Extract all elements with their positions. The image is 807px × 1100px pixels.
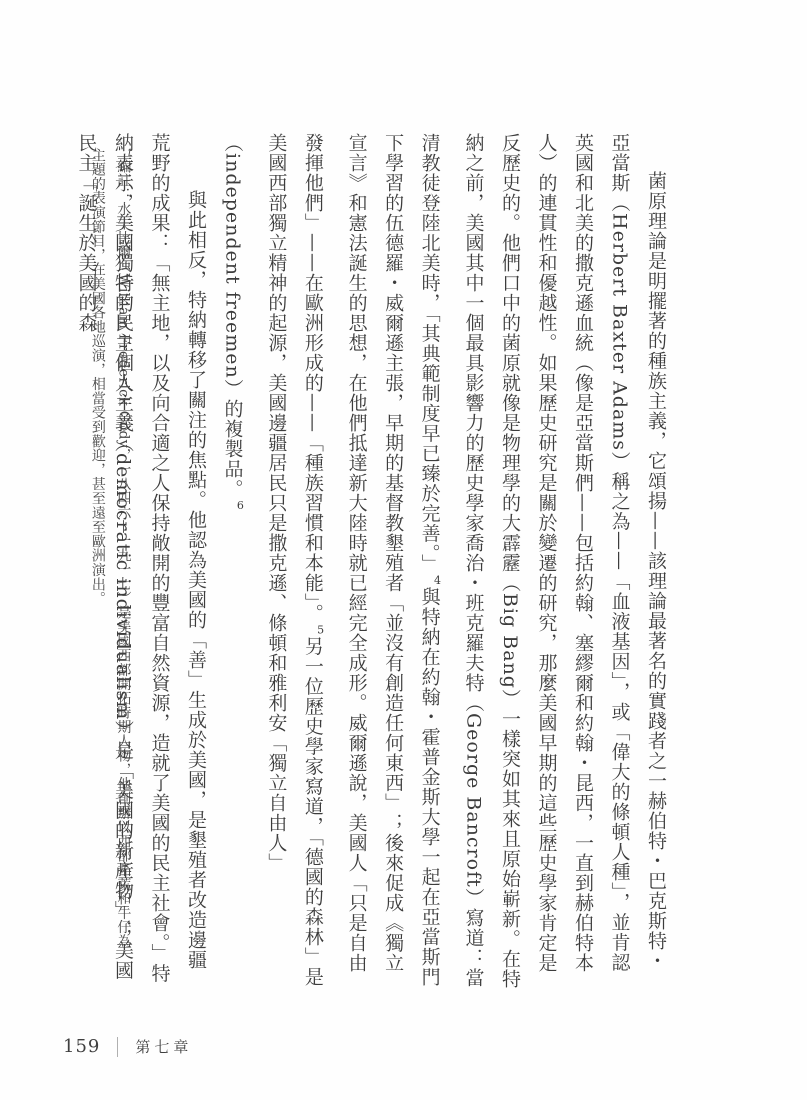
footnote-ref-4: 4 bbox=[431, 574, 444, 587]
chapter-label: 第七章 bbox=[135, 1036, 192, 1057]
footnote-ref-5: 5 bbox=[314, 624, 327, 637]
footnote-ref-6: 6 bbox=[234, 499, 247, 512]
main-text-block: 菌原理論是明擺著的種族主義，它頌揚——該理論最著名的實踐者之一赫伯特・巴克斯特・… bbox=[154, 133, 674, 989]
translator-footnote: i編註：水牛比爾（William Frederick Cody，一八四六—一九一… bbox=[86, 148, 142, 962]
page-number: 159 bbox=[63, 1036, 100, 1057]
book-page: 菌原理論是明擺著的種族主義，它頌揚——該理論最著名的實踐者之一赫伯特・巴克斯特・… bbox=[0, 0, 807, 1100]
footnote-marker-i: i bbox=[124, 148, 135, 159]
footnote-text: 編註：水牛比爾（William Frederick Cody，一八四六—一九一七… bbox=[90, 148, 132, 949]
footer-divider bbox=[117, 1037, 118, 1057]
page-footer: 159 第七章 bbox=[63, 1036, 192, 1057]
body-paragraph-1: 菌原理論是明擺著的種族主義，它頌揚——該理論最著名的實踐者之一赫伯特・巴克斯特・… bbox=[214, 133, 674, 989]
paragraph-1-text-a: 菌原理論是明擺著的種族主義，它頌揚——該理論最著名的實踐者之一赫伯特・巴克斯特・… bbox=[419, 133, 667, 989]
